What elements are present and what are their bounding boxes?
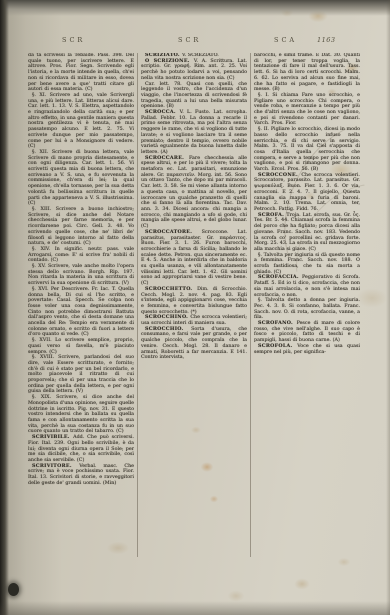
page-right-edge-shadow (386, 0, 390, 615)
paragraph: §. XVIII. Scrivere, parlandosi del suo d… (28, 355, 134, 395)
paragraph: barocchi, e simil trame. E Dat. 30. Quan… (254, 53, 360, 93)
entry-headword: SCROFACCIA. (258, 274, 302, 280)
running-head-right: SCA (274, 36, 297, 44)
text-columns: da ta scrivessi la Tebaide. Pass. 398. D… (28, 53, 364, 557)
dictionary-entry: SCROCCA. V. L. Fusto. Lat. scropha. Pall… (141, 110, 247, 156)
paragraph: §. XIV. In signific. neutr. pass. vale A… (28, 247, 134, 264)
column-middle: SCRIZIATO. V. SCREZIATO.O SCRIZIONE. V. … (137, 53, 247, 557)
running-head: SCR SCR SCA 1163 (0, 36, 390, 48)
dictionary-entry: SCROFA. Troja. Lat. scrofa, sus. Gr. ὗς.… (254, 213, 360, 253)
paragraph: §. XIII. Scrivere a buono inchiostro; Sc… (28, 207, 134, 247)
book-gutter-edge (0, 0, 9, 615)
page-top-edge-shadow (0, 0, 390, 16)
ink-blot (8, 583, 19, 596)
entry-headword: SCROCCHIO. (145, 326, 191, 332)
paragraph: §. XVII. Lo scrivere semplice, proprio, … (28, 338, 134, 355)
dictionary-entry: SCRIVIBILE. Add. Che può scriversi. Fior… (28, 435, 134, 464)
dictionary-entry: SCROCCONE. Che scrocca volentieri. Scroc… (254, 173, 360, 213)
paragraph: §. XIX. Scrivere, si dice anche del Mono… (28, 395, 134, 435)
dictionary-entry: SCROFOLA. Voce che si usa quasi sempre n… (254, 344, 360, 355)
entry-headword: SCROFANO. (258, 320, 297, 326)
entry-headword: SCROCCATORE. (145, 229, 202, 235)
dictionary-entry: O SCRIZIONE. V. A. Scrittura. Lat. scrip… (141, 59, 247, 82)
dictionary-entry: SCROFANO. Pesce di mare di colore rosso,… (254, 321, 360, 344)
dictionary-entry: SCROFACCIA. Peggiorativo di Scrofa. Pata… (254, 275, 360, 298)
dictionary-entry: SCROCCATORE. Scroccone. Lat. parasitus, … (141, 230, 247, 287)
entry-headword: SCROCCONE. (258, 172, 301, 178)
paragraph: §. XVI. Per Descrivere. Fr. Iac. T. Quel… (28, 287, 134, 338)
entry-headword: O SCRIZIONE. (145, 58, 194, 64)
paragraph: §. XII. Scrivere di buona lettera, vale … (28, 150, 134, 207)
dictionary-entry: SCROCCHIO. Sorta d'usura, che consumano,… (141, 327, 247, 361)
entry-headword: SCROCCA. (145, 109, 180, 115)
scanned-dictionary-page: { "page": { "kind": "antique Italian dic… (0, 0, 390, 615)
dictionary-entry: SCROCCARE. Fare checchessia alle spese a… (141, 156, 247, 230)
entry-headword: SCROCCHINO. (145, 314, 190, 320)
entry-headword: SCRIVITORE. (32, 463, 79, 469)
paragraph: da ta scrivessi la Tebaide. Pass. 398. D… (28, 53, 134, 93)
entry-headword: SCROCCHETTO. (145, 286, 197, 292)
dictionary-entry: SCRIVITORE. Verbal. masc. Che scrive; ma… (28, 464, 134, 487)
paragraph: §. I. Si chiama Fare uno scrocchio, e Pi… (254, 93, 360, 127)
paragraph: §. II. Pigliare lo scrocchio, dicesi in … (254, 127, 360, 173)
paragraph: §. XI. Scrivere ad uno, vale Scrivergli … (28, 93, 134, 150)
page-number: 1163 (317, 36, 336, 44)
dictionary-entry: SCROCCHETTO. Dim. di Scrocchio. Cecch. M… (141, 287, 247, 316)
entry-headword: SCRIVIBILE. (32, 434, 73, 440)
entry-headword: SCROFA. (258, 212, 286, 218)
entry-headword: SCROCCARE. (145, 155, 189, 161)
paragraph: §. Talvolta per ingiuria si dà questo no… (254, 253, 360, 276)
column-left: da ta scrivessi la Tebaide. Pass. 398. D… (28, 53, 134, 557)
entry-headword: SCROFOLA. (258, 343, 297, 349)
running-head-left: SCR (62, 36, 85, 44)
column-right: barocchi, e simil trame. E Dat. 30. Quan… (250, 53, 360, 557)
page-bottom-edge-shadow (0, 601, 390, 615)
paragraph: §. XV. Scrivere, vale anche molto l'oper… (28, 264, 134, 287)
paragraph: §. Talvolta detto a donna per ingiuria. … (254, 298, 360, 321)
running-head-middle: SCR (178, 36, 201, 44)
paragraph: Car. lett. 78. Quasi con quelli, che leg… (141, 82, 247, 111)
